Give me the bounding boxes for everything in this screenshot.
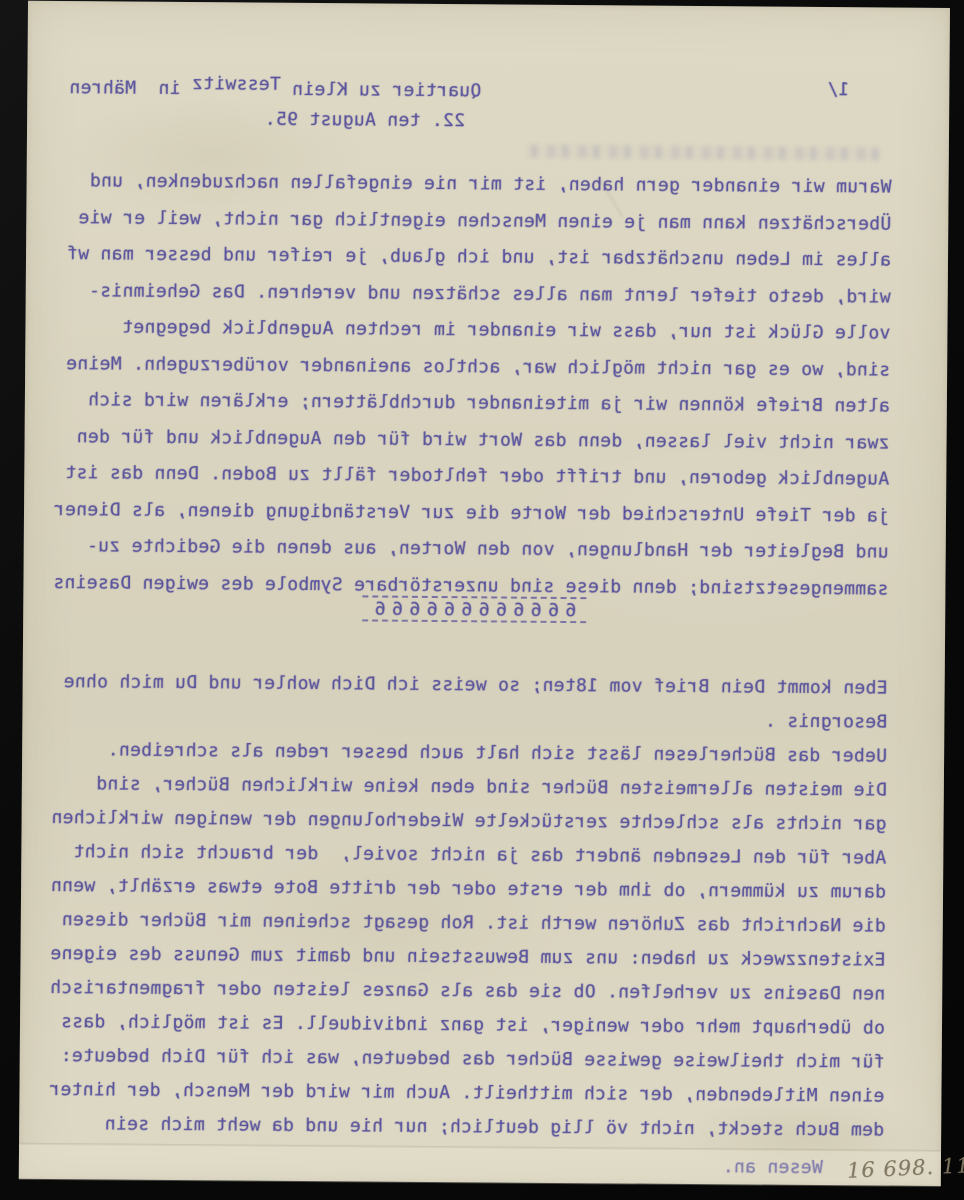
typescript-line: alles im Leben unschätzbar ist, und ich … xyxy=(56,236,892,279)
archive-foliation-number: 16 698. 11T xyxy=(846,1153,964,1183)
typescript-line: Eben kommt Dein Brief vom 18ten; so weis… xyxy=(52,665,888,706)
letterhead-location-raised: Tesswitz xyxy=(192,73,281,95)
typescript-line: volle Glück ist nur, dass wir einander i… xyxy=(55,309,891,352)
page-number: 1/ xyxy=(827,79,849,100)
section-separator: 666666666666 xyxy=(60,593,888,626)
separator-sixes-row: 666666666666 xyxy=(362,595,586,623)
letter-paper: 1/ Quartier zu Klein Tesswitz in Mähren … xyxy=(19,1,950,1186)
paragraph-1: Warum wir einander gern haben, ist mir n… xyxy=(53,163,892,608)
typescript-line: Warum wir einander gern haben, ist mir n… xyxy=(56,163,892,206)
typescript-line: und Begleiter der Handlungen, von den Wo… xyxy=(53,528,889,571)
mirrored-typescript-layer: 1/ Quartier zu Klein Tesswitz in Mähren … xyxy=(19,1,950,1186)
ink-bleed-ghost-line xyxy=(527,145,879,161)
letterhead-location-pre: Quartier zu Klein xyxy=(281,79,482,102)
typescript-line: alten Briefe können wir ja miteinander d… xyxy=(54,382,890,425)
typescript-line: dem Buch steckt, nicht vö llig deutlich;… xyxy=(49,1107,885,1148)
foliation-number-text: 16 698. 11 xyxy=(846,1153,964,1182)
letterhead-location-post: in Mähren xyxy=(69,77,192,99)
scanned-letter-page: { "document": { "page_number": "1/", "le… xyxy=(0,0,964,1200)
letterhead-date: 22. ten August 95. xyxy=(265,109,466,132)
letterhead-location: Quartier zu Klein Tesswitz in Mähren xyxy=(69,77,481,101)
catchword-wesen-an: Wesen an. xyxy=(723,1156,823,1178)
paragraph-2: Eben kommt Dein Brief vom 18ten; so weis… xyxy=(49,665,888,1148)
typescript-line: Augenblick geboren, und trifft oder fehl… xyxy=(54,455,890,498)
